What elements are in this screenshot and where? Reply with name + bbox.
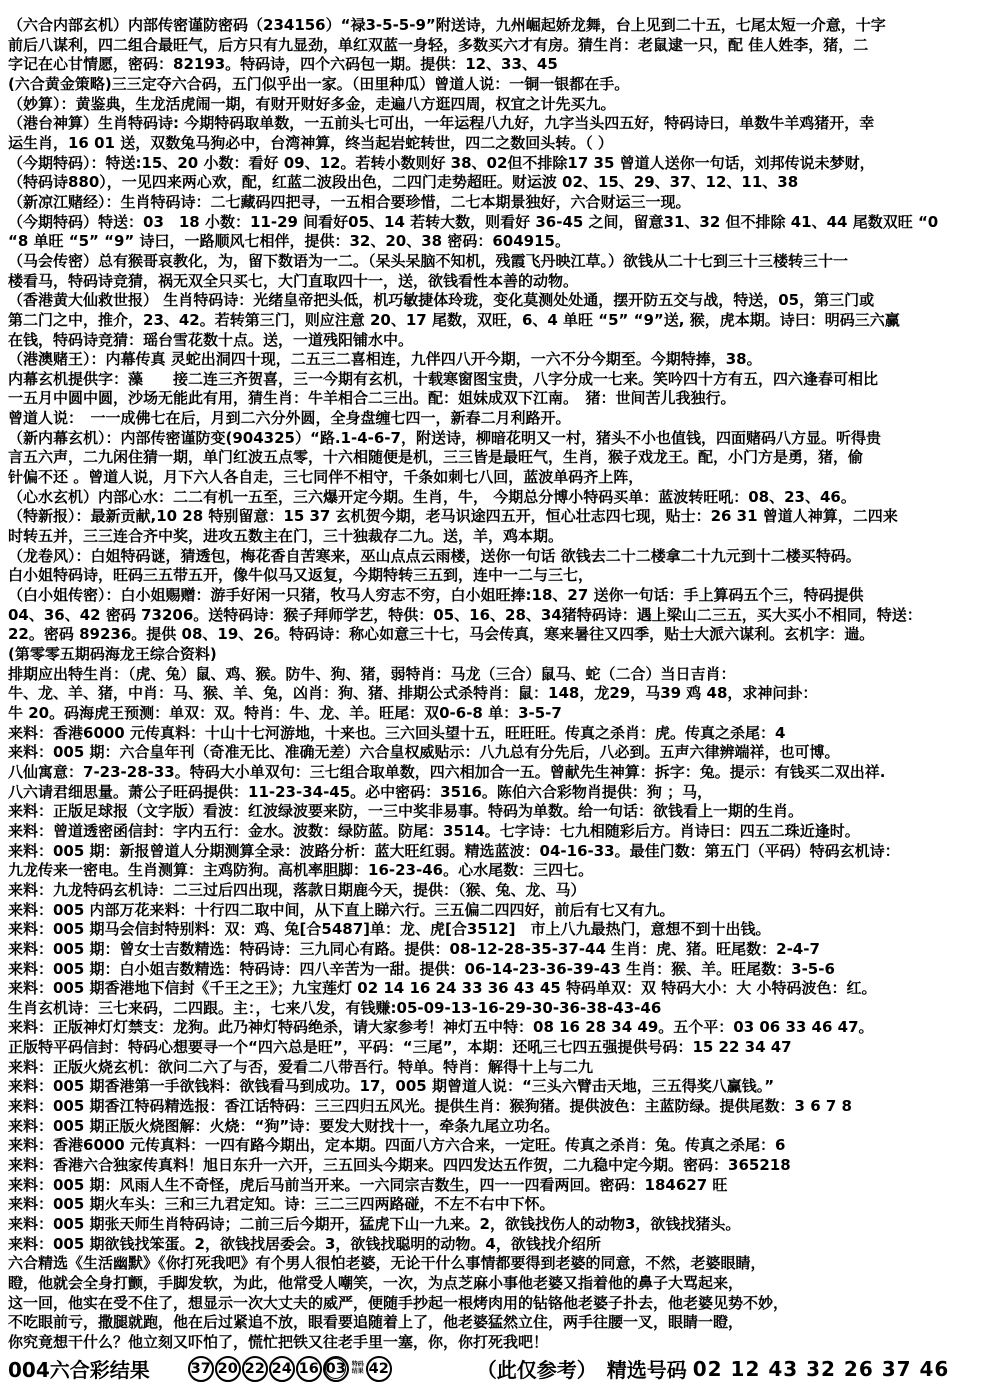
text-line: 八仙寓意：7-23-28-33。特码大小单双句：三七组合取单数，四六相加合一五。…: [8, 763, 987, 783]
text-line: 前后八谋利，四二组合最旺气，后方只有九显劲，单红双蓝一身轻，多数买六才有房。猜生…: [8, 36, 987, 56]
text-line: 不吃眼前亏，撒腿就跑，他在后过紧追不放，眼看要追随着上了，他老婆猛然立住，两手往…: [8, 1313, 987, 1333]
text-line: 来料：香港6000 元传真料：十山十七河游地，十来也。三六回头望十五，旺旺旺。传…: [8, 724, 987, 744]
text-line: 针偏不还 。曾道人说，月下六人各自走，三七同伴不相守，千条如刺七八回，蓝波单码齐…: [8, 468, 987, 488]
text-line: 来料：005 期欲钱找笨蛋。2，欲钱找居委会。3，欲钱找聪明的动物。4，欲钱找介…: [8, 1235, 987, 1255]
text-line: (第零零五期码海龙王综合资料): [8, 645, 987, 665]
text-line: 来料：正版火烧玄机：欲问二六了与否，爱看二八带吾行。特单。特肖：解得十上与二九: [8, 1058, 987, 1078]
text-line: 运生肖，16 01 送，双数兔马狗必中，台湾神算，终当起岩蛇转世，四二之数回头转…: [8, 134, 987, 154]
text-line: （今期特码）特送：03 18 小数：11-29 间看好05、14 若转大数，则看…: [8, 213, 987, 233]
text-line: 来料：005 期香港地下信封《千王之王》；九宝莲灯 02 14 16 24 33…: [8, 979, 987, 999]
text-line: 来料：005 期马会信封特别料：双：鸡、兔[合5487]单：龙、虎[合3512]…: [8, 920, 987, 940]
text-line: 楼看马，特码诗竞猜，祸无双全只买七，大门直取四十一，送，欲钱看性本善的动物。: [8, 272, 987, 292]
text-line: 22。密码 89236。提供 08、19、26。特码诗：称心如意三十七，马会传真…: [8, 625, 987, 645]
text-line: 排期应出特生肖：（虎、兔）鼠、鸡、猴。防牛、狗、猪，弱特肖：马龙（三合）鼠马、蛇…: [8, 665, 987, 685]
text-line: 你究竟想干什么？他立刻又吓怕了，慌忙把铁又往老手里一塞，你，你打死我吧！: [8, 1333, 987, 1353]
text-line: 来料：香港6000 元传真料：一四有路今期出，定本期。四面八方六合来，一定旺。传…: [8, 1136, 987, 1156]
text-line: （心水玄机）内部心水：二二有机一五至，三六爆开定今期。生肖，牛， 今期总分博小特…: [8, 488, 987, 508]
text-line: 来料：005 期火车头：三和三九君定知。诗：三二三四两路碰，不左不右中下怀。: [8, 1195, 987, 1215]
text-line: 来料：005 期：白小姐吉数精选：特码诗：四八辛苦为一甜。提供：06-14-23…: [8, 960, 987, 980]
text-line: 字记在心甘情愿，密码：82193。特码诗，四个六码包一期。提供：12、33、45: [8, 55, 987, 75]
result-number-ball: 16: [296, 1356, 322, 1382]
text-line: 来料：005 期：风雨人生不奇怪，虎后马前当开来。一六同宗吉数生，四一一四看两回…: [8, 1176, 987, 1196]
text-line: 生肖玄机诗：三七来码，二四跟。主：，七来八发，有钱赚:05-09-13-16-2…: [8, 999, 987, 1019]
text-line: 来料：005 期：曾女士吉数精选：特码诗：三九同心有路。提供：08-12-28-…: [8, 940, 987, 960]
selected-numbers-label: 精选号码: [607, 1354, 687, 1383]
text-line: 瞪，他就会全身打颤，手脚发软，为此，他常受人嘲笑，一次，为点芝麻小事他老婆又指着…: [8, 1274, 987, 1294]
tipsheet-text-block: （六合内部玄机）内部传密谨防密码（234156）“禄3-5-5-9”附送诗，九州…: [0, 0, 991, 1353]
text-line: （今期特码）：特送:15、20 小数：看好 09、12。若转小数则好 38、02…: [8, 154, 987, 174]
text-line: 来料：005 期：六合皇年刊（奇准无比、准确无差）六合皇权威贴示：八九总有分先后…: [8, 743, 987, 763]
text-line: 一五月中圆中圆，沙场无能此有用，猜生肖：牛羊相合二三出。配：姐妹成双下江南。 猪…: [8, 389, 987, 409]
lottery-tipsheet-page: （六合内部玄机）内部传密谨防密码（234156）“禄3-5-5-9”附送诗，九州…: [0, 0, 991, 1391]
result-number-ball: 22: [242, 1356, 268, 1382]
text-line: 九龙传来一密电。生肖测算：主鸡防狗。高机率胆脚：16-23-46。心水尾数：三四…: [8, 861, 987, 881]
text-line: 言五六声，二九闲住猜一期，单门红波五点零，十六相随便是机，三三皆是最旺气，生肖，…: [8, 448, 987, 468]
text-line: （新凉江赌经）：生肖特码诗：二七藏码四把寻，一五相合要珍惜，二七本期景独好，六合…: [8, 193, 987, 213]
text-line: 时转五并，三三连合齐中奖，进攻五数主在门，三十独裁存二九。送，羊，鸡本期。: [8, 527, 987, 547]
result-number-balls: 372022241603特码结果42: [188, 1356, 393, 1382]
text-line: 这一回，他实在受不住了，想显示一次大丈夫的威严，便随手抄起一根烤肉用的钻铬他老婆…: [8, 1294, 987, 1314]
text-line: 白小姐特码诗，旺码三五带五开，像牛似马又返复，今期特转三五到，连中一二与三七，: [8, 566, 987, 586]
text-line: （六合内部玄机）内部传密谨防密码（234156）“禄3-5-5-9”附送诗，九州…: [8, 16, 987, 36]
text-line: （马会传密）总有猴哥哀教化，为，留下数语为一二。（呆头呆脑不知机，残霞飞丹映江草…: [8, 252, 987, 272]
text-line: 来料：005 内部万花来料：十行四二取中间，从下直上睇六行。三五偏二四四好，前后…: [8, 901, 987, 921]
text-line: 第二门之中，推介，23、42。若转第三门，则应注意 20、17 尾数，双旺，6、…: [8, 311, 987, 331]
text-line: 来料：005 期张天师生肖特码诗；二前三后今期开，猛虎下山一九来。2，欲钱找伤人…: [8, 1215, 987, 1235]
text-line: 来料：香港六合独家传真料！旭日东升一六开，三五回头今期来。四四发达五作贺，二九稳…: [8, 1156, 987, 1176]
result-number-ball: 03: [323, 1356, 349, 1382]
text-line: 来料：005 期香港第一手欲钱料：欲钱看马到成功。17，005 期曾道人说：“三…: [8, 1077, 987, 1097]
text-line: 在钱，特码诗竞猜：瑶台雪花数十点。送，一道残阳铺水中。: [8, 331, 987, 351]
reference-note: （此仅参考）: [477, 1354, 597, 1383]
text-line: 来料：正版神灯灯禁支：龙狗。此乃神灯特码绝杀，请大家参考！神灯五中特：08 16…: [8, 1018, 987, 1038]
text-line: (六合黄金策略)三三定夺六合码，五门似乎出一家。（田里种瓜）曾道人说：一铜一银都…: [8, 75, 987, 95]
text-line: 正版特平码信封：特码心想要寻一个“四六总是旺”，平码：“三尾”，本期：还吼三七四…: [8, 1038, 987, 1058]
text-line: 04、36、42 密码 73206。送特码诗：猴子拜师学艺，特供：05、16、2…: [8, 606, 987, 626]
text-line: 内幕玄机提供字：藻 接二连三齐贺喜，三一今期有玄机，十载寒窗图宝贵，八字分成一七…: [8, 370, 987, 390]
text-line: 来料：005 期正版火烧图解：火烧：“狗”诗：要发大财找十一，牵条九尾立功名。: [8, 1117, 987, 1137]
special-number-ball: 42: [366, 1356, 392, 1382]
text-line: 曾道人说： 一一成佛七在后，月到二六分外圆，全身盘缠七四一，新春二月利路开。: [8, 409, 987, 429]
text-line: 八六请君细思量。萧公子旺码提供：11-23-34-45。必中密码：3516。陈伯…: [8, 783, 987, 803]
text-line: （龙卷风）：白姐特码谜，猜透包，梅花香自苦寒来，巫山点点云雨楼，送你一句话 欲钱…: [8, 547, 987, 567]
text-line: 牛 20。码海虎王预测：单双：双。特肖：牛、龙、羊。旺尾：双0-6-8 单：3-…: [8, 704, 987, 724]
text-line: （白小姐传密）：白小姐赐赠：游手好闲一只猪，牧马人穷志不穷，白小姐旺捧:18、2…: [8, 586, 987, 606]
result-number-ball: 20: [215, 1356, 241, 1382]
selected-numbers-value: 02 12 43 32 26 37 46: [693, 1357, 950, 1381]
text-line: 六合精选《生活幽默》《你打死我吧》有个男人很怕老婆，无论干什么事情都要得到老婆的…: [8, 1254, 987, 1274]
text-line: （港澳赌王）：内幕传真 灵蛇出洞四十现，二五三二喜相连，九伴四八开今期，一六不分…: [8, 350, 987, 370]
result-number-ball: 37: [188, 1356, 214, 1382]
text-line: （妙算）：黄鉴典，生龙活虎闹一期，有财开财好多金，走遍八方逛四周，权宜之计先买九…: [8, 95, 987, 115]
special-number-marker: 特码结果: [351, 1362, 365, 1375]
result-number-ball: 24: [269, 1356, 295, 1382]
text-line: 来料：正版足球报（文字版）看波：红波绿波要来防，一三中奖非易事。特码为单数。给一…: [8, 802, 987, 822]
text-line: （特码诗880），一见四来两心欢，配，红蓝二波段出色，二四门走势超旺。财运波 0…: [8, 173, 987, 193]
lottery-result-row: 004六合彩结果 372022241603特码结果42 （此仅参考） 精选号码 …: [8, 1354, 987, 1383]
text-line: 来料：005 期香江特码精选报：香江话特码：三三四归五风光。提供生肖：猴狗猪。提…: [8, 1097, 987, 1117]
text-line: 牛、龙、羊、猪，中肖：马、猴、羊、兔，凶肖：狗、猪、排期公式杀特肖：鼠：148，…: [8, 684, 987, 704]
result-issue-label: 004六合彩结果: [8, 1354, 150, 1383]
text-line: 来料：曾道透密函信封：字内五行：金水。波数：绿防蓝。防尾：3514。七字诗：七九…: [8, 822, 987, 842]
text-line: 来料：九龙特码玄机诗：二三过后四出现，落款日期鹿今天，提供：（猴、兔、龙、马）: [8, 881, 987, 901]
text-line: （香港黄大仙救世报） 生肖特码诗：光绪皇帝把头低，机巧敏捷体玲珑，变化莫测处处通…: [8, 291, 987, 311]
text-line: （特新报）：最新贡献,10 28 特别留意：15 37 玄机贺今期，老马识途四五…: [8, 507, 987, 527]
text-line: （新内幕玄机）：内部传密谨防变(904325）“路.1-4-6-7，附送诗，柳暗…: [8, 429, 987, 449]
text-line: （港台神算）生肖特码诗: 今期特码取单数，一五前头七可出，一年运程八九好，九字当…: [8, 114, 987, 134]
text-line: “8 单旺 “5” “9” 诗曰，一路顺风七相伴，提供：32、20、38 密码：…: [8, 232, 987, 252]
text-line: 来料：005 期：新报曾道人分期测算全录：波路分析：蓝大旺红弱。精选蓝波：04-…: [8, 842, 987, 862]
